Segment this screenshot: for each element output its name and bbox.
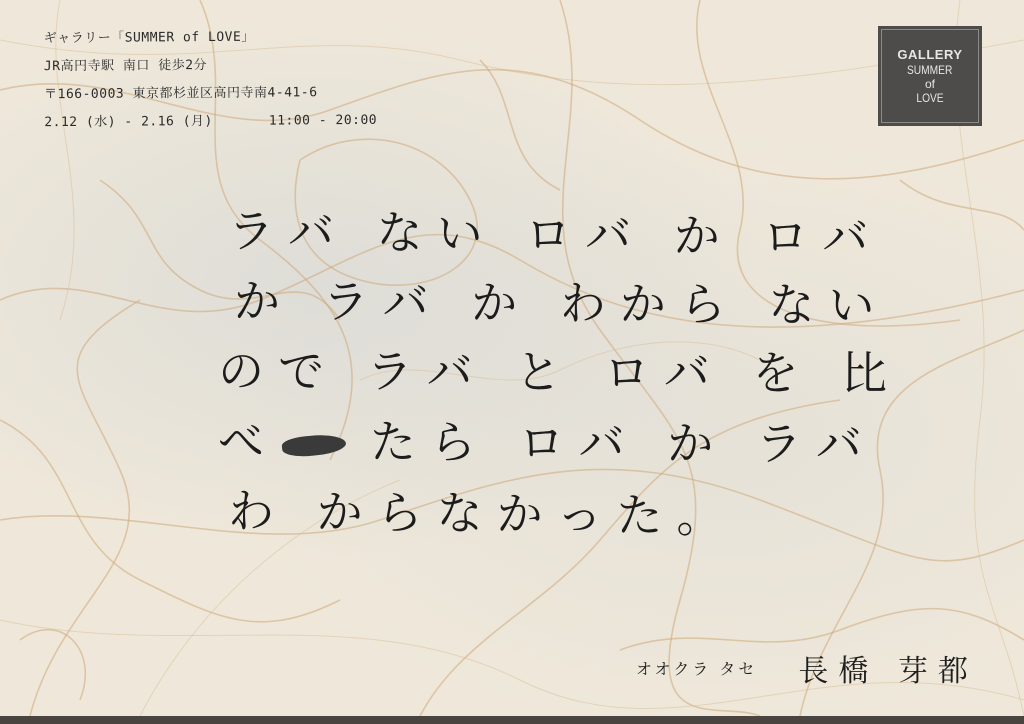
access-directions: JR高円寺駅 南口 徒歩2分 [44,51,377,81]
message-row: ので ラバ と ロバ を 比 [218,336,901,408]
signature: オオクラ タセ 長橋 芽都 [636,646,978,690]
logo-line-gallery: GALLERY [897,47,962,63]
opening-hours: 11:00 - 20:00 [269,113,377,129]
exhibition-dates: 2.12 (水) - 2.16 (月) [44,114,213,130]
scan-bottom-edge [0,716,1024,724]
logo-frame: GALLERY SUMMER of LOVE [881,29,979,123]
postcard: ギャラリー「SUMMER of LOVE」 JR高円寺駅 南口 徒歩2分 〒16… [0,0,1024,716]
logo-line-summer: SUMMER [907,63,952,77]
logo-line-of: of [925,77,935,91]
message-row: べたら ロバ か ラバ [218,406,901,480]
gallery-logo-stamp: GALLERY SUMMER of LOVE [878,26,982,126]
exhibition-info: ギャラリー「SUMMER of LOVE」 JR高円寺駅 南口 徒歩2分 〒16… [44,23,378,137]
message-row-end: たら ロバ か ラバ [370,415,876,472]
message-row: わ からなかった。 [228,476,902,553]
signature-title: オオクラ タセ [636,660,757,679]
handwritten-message: ラバ ない ロバ か ロバ か ラバ か わから ない ので ラバ と ロバ を… [228,196,901,546]
signature-name: 長橋 芽都 [798,654,978,689]
message-row: か ラバ か わから ない [234,266,902,341]
message-row: ラバ ない ロバ か ロバ [228,196,902,273]
logo-line-love: LOVE [916,91,943,105]
postal-address: 〒166-0003 東京都杉並区高円寺南4-41-6 [44,79,377,109]
message-row-start: べ [218,414,278,468]
crossed-out-scribble [281,432,347,458]
schedule: 2.12 (水) - 2.16 (月)11:00 - 20:00 [44,107,377,137]
gallery-name: ギャラリー「SUMMER of LOVE」 [44,23,377,53]
